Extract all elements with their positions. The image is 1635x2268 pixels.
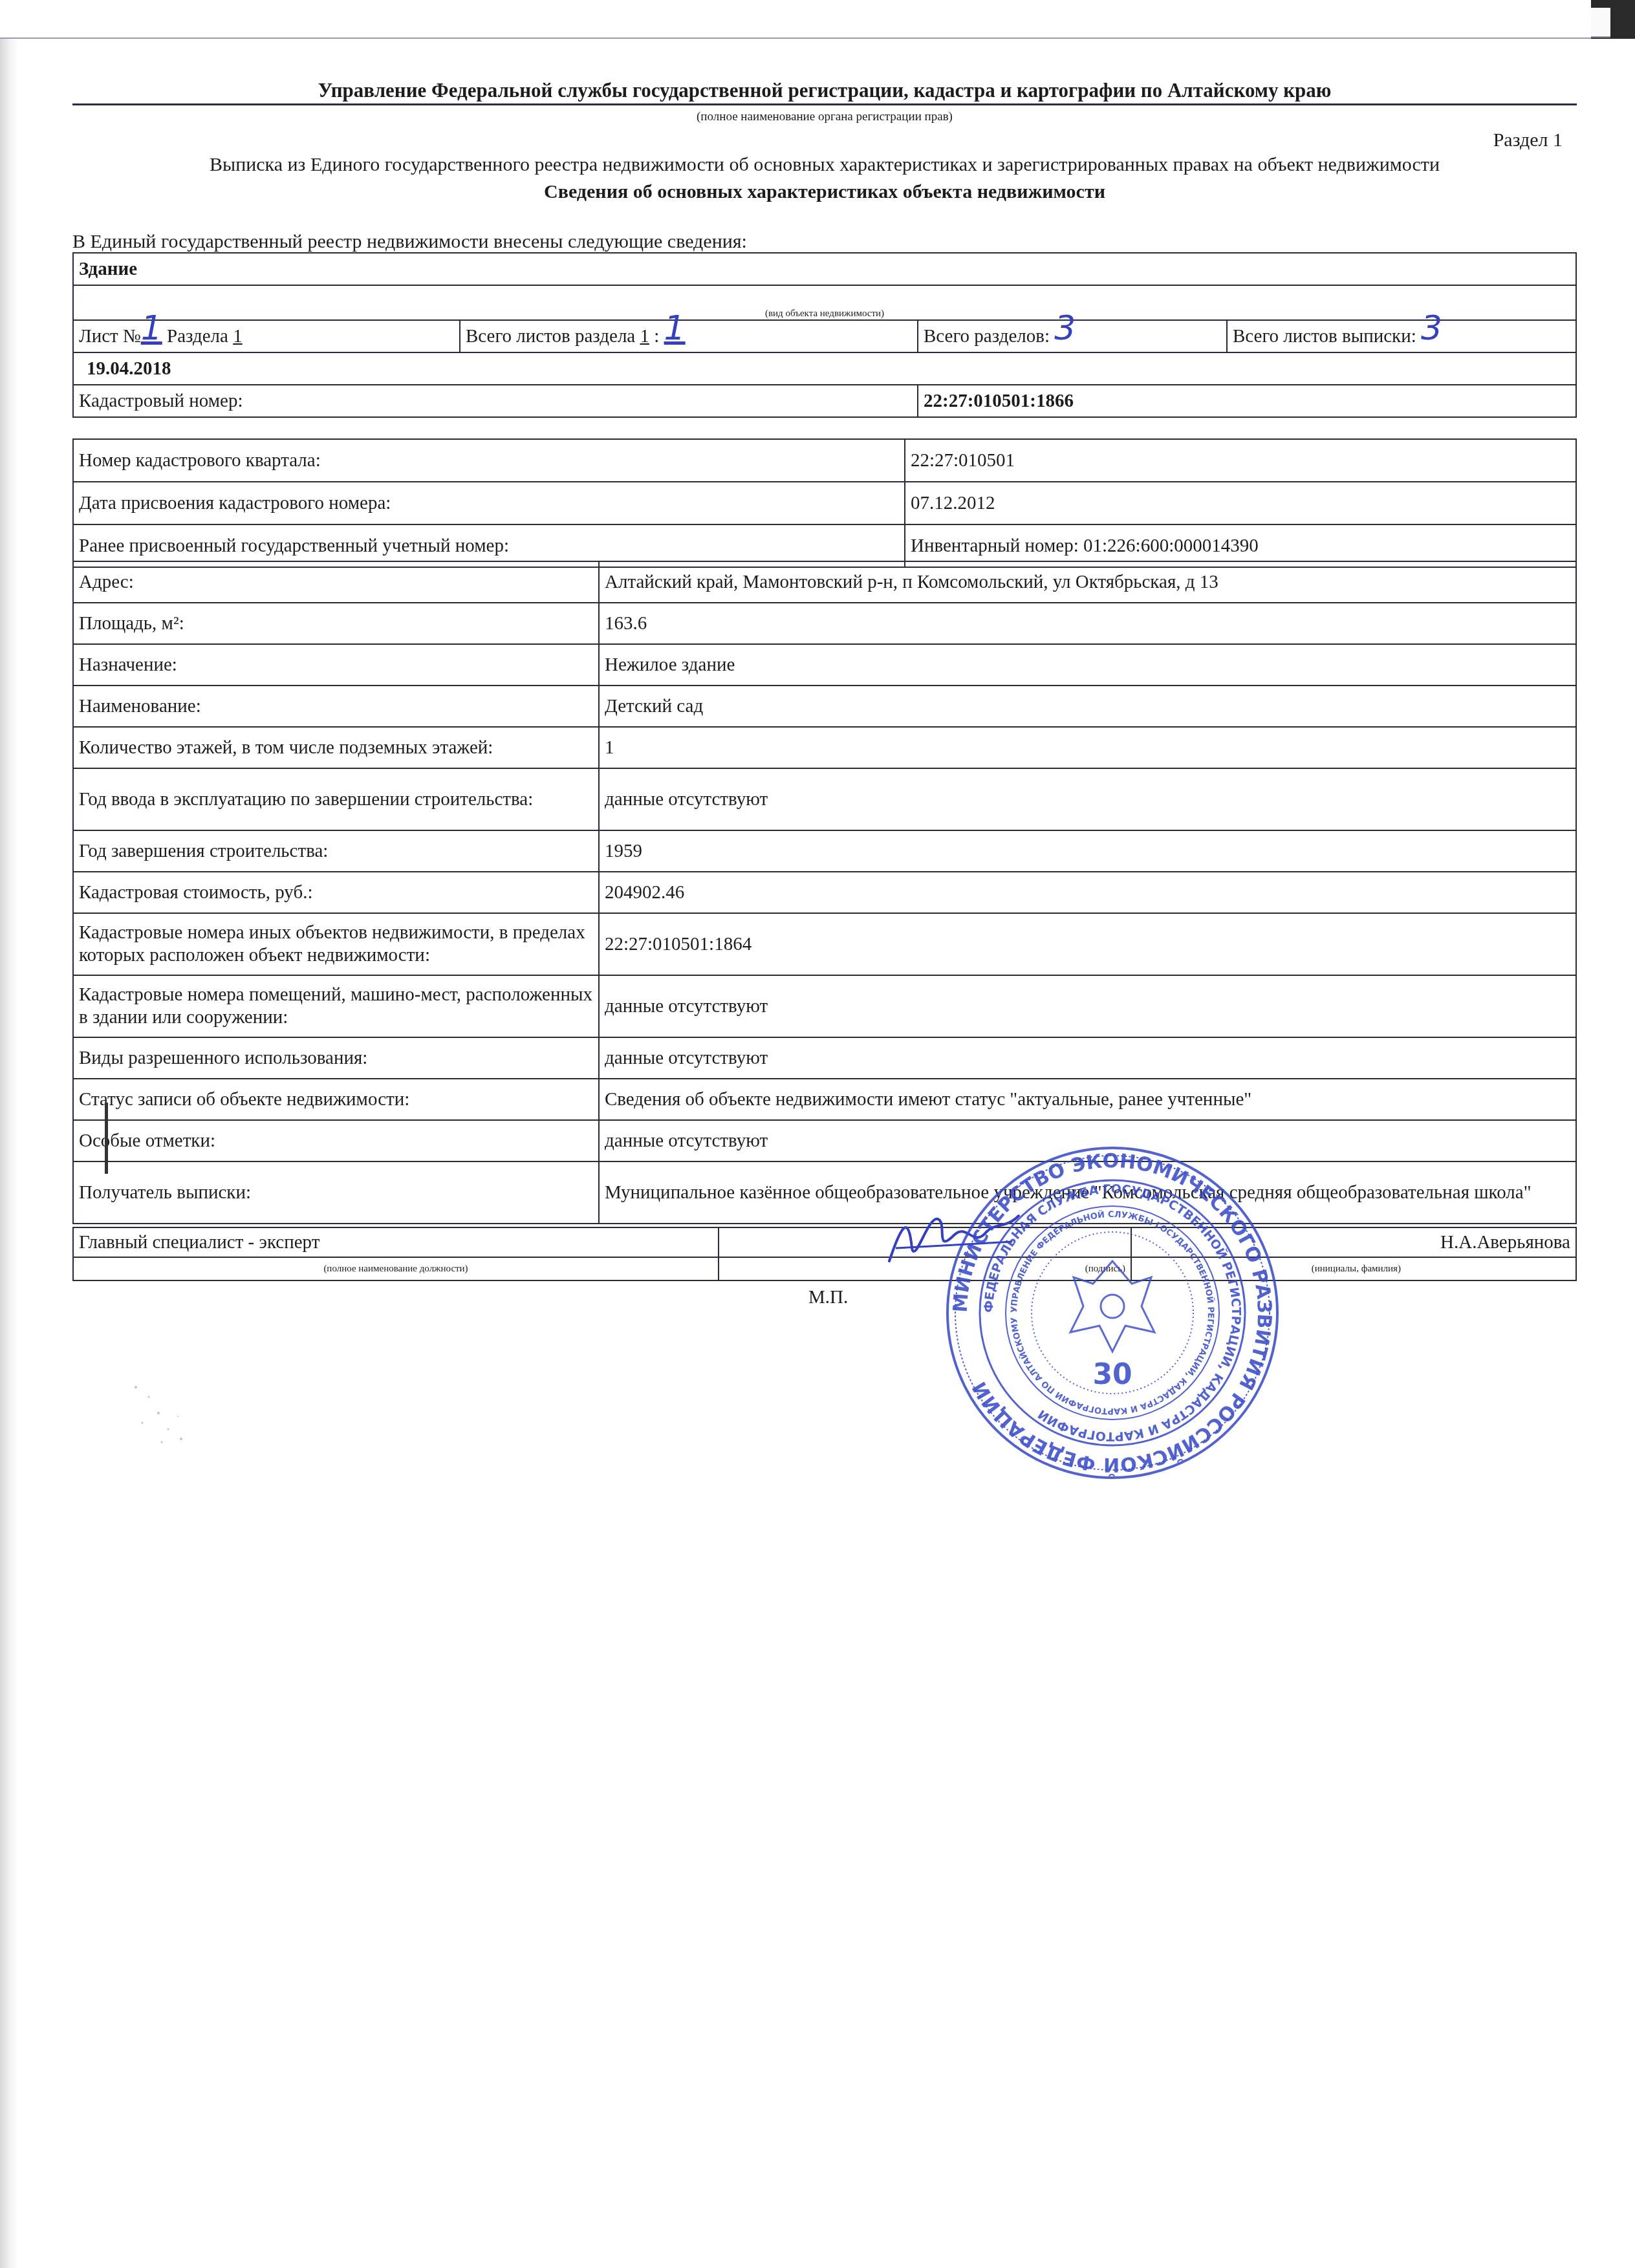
official-seal-icon: МИНИСТЕРСТВО ЭКОНОМИЧЕСКОГО РАЗВИТИЯ РОС… (944, 1145, 1281, 1481)
stamp-middle-text: ФЕДЕРАЛЬНАЯ СЛУЖБА ГОСУДАРСТВЕННОЙ РЕГИС… (982, 1182, 1243, 1443)
total-sections-handwritten: 3 (1054, 309, 1076, 348)
row-value: 22:27:010501 (905, 439, 1576, 482)
section-sheets-label: Всего листов раздела (466, 326, 635, 347)
total-sheets-label: Всего листов выписки: (1233, 326, 1416, 347)
row-value: Сведения об объекте недвижимости имеют с… (599, 1079, 1576, 1120)
signature-table: Главный специалист - эксперт Н.А.Аверьян… (72, 1227, 1577, 1281)
table-row: Наименование:Детский сад (73, 686, 1576, 727)
section-sheets-section: 1 (640, 326, 649, 347)
total-sheets-handwritten: 3 (1421, 309, 1442, 348)
row-label: Год ввода в эксплуатацию по завершении с… (73, 768, 599, 830)
row-label: Виды разрешенного использования: (73, 1037, 599, 1079)
row-value: данные отсутствуют (599, 1037, 1576, 1079)
row-label: Дата присвоения кадастрового номера: (73, 482, 905, 524)
stamp-number: 30 (1092, 1358, 1132, 1391)
object-kind-caption: (вид объекта недвижимости) (73, 285, 1576, 320)
object-kind: Здание (73, 253, 1576, 285)
seal-place-mark: М.П. (808, 1287, 848, 1308)
section-word: Раздела (167, 326, 228, 347)
row-value: 1 (599, 727, 1576, 768)
row-value: Детский сад (599, 686, 1576, 727)
cadastral-number-label: Кадастровый номер: (73, 385, 918, 417)
quarter-table: Номер кадастрового квартала: 22:27:01050… (72, 438, 1577, 568)
table-row: Количество этажей, в том числе подземных… (73, 727, 1576, 768)
table-row: Площадь, м²:163.6 (73, 603, 1576, 644)
table-row: Особые отметки:данные отсутствуют (73, 1120, 1576, 1161)
table-row: Кадастровые номера иных объектов недвижи… (73, 913, 1576, 975)
extract-title: Выписка из Единого государственного реес… (72, 154, 1577, 176)
stamp-outer-text: МИНИСТЕРСТВО ЭКОНОМИЧЕСКОГО РАЗВИТИЯ РОС… (949, 1150, 1276, 1476)
row-label: Кадастровые номера помещений, машино-мес… (73, 975, 599, 1037)
row-label: Назначение: (73, 644, 599, 686)
characteristics-table: Адрес:Алтайский край, Мамонтовский р-н, … (72, 561, 1577, 1224)
extract-subtitle: Сведения об основных характеристиках объ… (72, 181, 1577, 203)
row-label: Площадь, м²: (73, 603, 599, 644)
row-value: 204902.46 (599, 872, 1576, 913)
coat-of-arms-icon (1070, 1261, 1154, 1352)
intro-text: В Единый государственный реестр недвижим… (72, 231, 747, 253)
table-row: Номер кадастрового квартала: 22:27:01050… (73, 439, 1576, 482)
row-value: данные отсутствуют (599, 768, 1576, 830)
object-header-table: Здание (вид объекта недвижимости) Лист №… (72, 252, 1577, 418)
sheet-number-handwritten: 1 (141, 309, 162, 348)
table-row: Виды разрешенного использования:данные о… (73, 1037, 1576, 1079)
row-value: Алтайский край, Мамонтовский р-н, п Комс… (599, 561, 1576, 603)
total-sections-cell: Всего разделов: 3 (918, 320, 1227, 352)
row-value: 1959 (599, 830, 1576, 872)
row-label: Получатель выписки: (73, 1161, 599, 1224)
row-value: 22:27:010501:1864 (599, 913, 1576, 975)
authority-caption: (полное наименование органа регистрации … (72, 110, 1577, 124)
table-row: Кадастровая стоимость, руб.:204902.46 (73, 872, 1576, 913)
row-label: Особые отметки: (73, 1120, 599, 1161)
official-position: Главный специалист - эксперт (73, 1227, 719, 1257)
row-value: данные отсутствуют (599, 975, 1576, 1037)
margin-pen-mark (105, 1103, 108, 1174)
table-row: Адрес:Алтайский край, Мамонтовский р-н, … (73, 561, 1576, 603)
row-label: Наименование: (73, 686, 599, 727)
section-label: Раздел 1 (1493, 129, 1563, 151)
section-number: 1 (233, 326, 243, 347)
table-row: Назначение:Нежилое здание (73, 644, 1576, 686)
table-row: Год ввода в эксплуатацию по завершении с… (73, 768, 1576, 830)
scan-speckle-icon (123, 1377, 200, 1455)
total-sections-label: Всего разделов: (924, 326, 1050, 347)
position-caption: (полное наименование должности) (73, 1257, 719, 1280)
table-row: Кадастровые номера помещений, машино-мес… (73, 975, 1576, 1037)
total-sheets-cell: Всего листов выписки: 3 (1227, 320, 1576, 352)
scan-shadow (0, 39, 18, 2268)
table-row: Получатель выписки:Муниципальное казённо… (73, 1161, 1576, 1224)
row-label: Адрес: (73, 561, 599, 603)
row-label: Год завершения строительства: (73, 830, 599, 872)
row-label: Кадастровые номера иных объектов недвижи… (73, 913, 599, 975)
extract-date: 19.04.2018 (73, 352, 1576, 385)
row-label: Номер кадастрового квартала: (73, 439, 905, 482)
svg-text:ФЕДЕРАЛЬНАЯ СЛУЖБА ГОСУДАРСТВЕ: ФЕДЕРАЛЬНАЯ СЛУЖБА ГОСУДАРСТВЕННОЙ РЕГИС… (982, 1182, 1243, 1443)
paper-sheet-edge (0, 0, 1591, 39)
row-label: Количество этажей, в том числе подземных… (73, 727, 599, 768)
table-row: Статус записи об объекте недвижимости:Св… (73, 1079, 1576, 1120)
cadastral-number-value: 22:27:010501:1866 (918, 385, 1576, 417)
sheet-number-cell: Лист №1 Раздела 1 (73, 320, 460, 352)
sheet-number-label: Лист № (79, 326, 141, 347)
svg-text:МИНИСТЕРСТВО ЭКОНОМИЧЕСКОГО РА: МИНИСТЕРСТВО ЭКОНОМИЧЕСКОГО РАЗВИТИЯ РОС… (949, 1150, 1276, 1476)
paper-stack-edge (0, 0, 1635, 39)
row-value: Нежилое здание (599, 644, 1576, 686)
table-row: Год завершения строительства:1959 (73, 830, 1576, 872)
registration-authority: Управление Федеральной службы государств… (72, 79, 1577, 102)
table-row: Дата присвоения кадастрового номера: 07.… (73, 482, 1576, 524)
row-value: 07.12.2012 (905, 482, 1576, 524)
row-label: Статус записи об объекте недвижимости: (73, 1079, 599, 1120)
row-value: 163.6 (599, 603, 1576, 644)
section-sheets-cell: Всего листов раздела 1 : 1 (460, 320, 918, 352)
section-sheets-handwritten: 1 (664, 309, 686, 348)
authority-underline (72, 103, 1577, 105)
row-label: Кадастровая стоимость, руб.: (73, 872, 599, 913)
